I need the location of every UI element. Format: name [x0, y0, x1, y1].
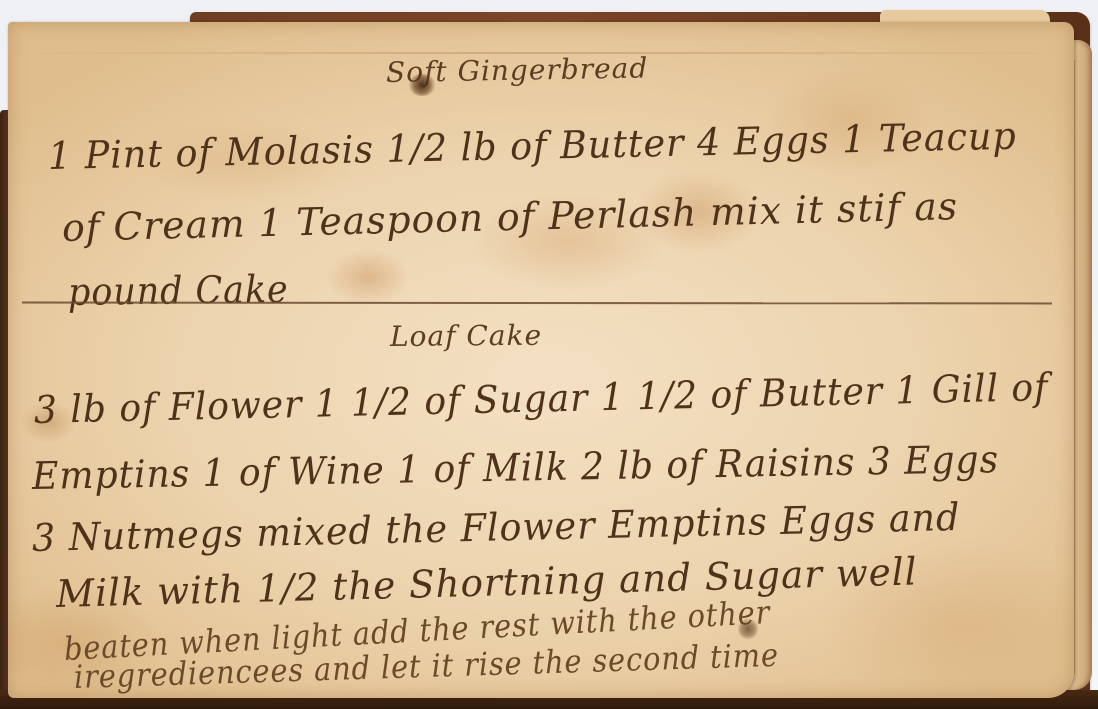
recipe-line: 1 Pint of Molasis 1/2 lb of Butter 4 Egg… — [48, 114, 1018, 178]
manuscript-page: Soft Gingerbread 1 Pint of Molasis 1/2 l… — [8, 22, 1074, 698]
ink-blot — [738, 618, 758, 640]
recipe-line: Milk with 1/2 the Shortning and Sugar we… — [55, 549, 918, 616]
recipe-line: pound Cake — [68, 267, 289, 314]
recipe-book-photo: Soft Gingerbread 1 Pint of Molasis 1/2 l… — [0, 0, 1098, 709]
recipe-line: Emptins 1 of Wine 1 of Milk 2 lb of Rais… — [32, 437, 1000, 498]
recipe-line: 3 lb of Flower 1 1/2 of Sugar 1 1/2 of B… — [34, 365, 1049, 432]
recipe-line: of Cream 1 Teaspoon of Perlash mix it st… — [61, 184, 958, 250]
recipe-title-loaf-cake: Loaf Cake — [390, 319, 542, 353]
ink-blot — [408, 74, 436, 96]
recipe-line: 3 Nutmegs mixed the Flower Emptins Eggs … — [32, 495, 961, 560]
